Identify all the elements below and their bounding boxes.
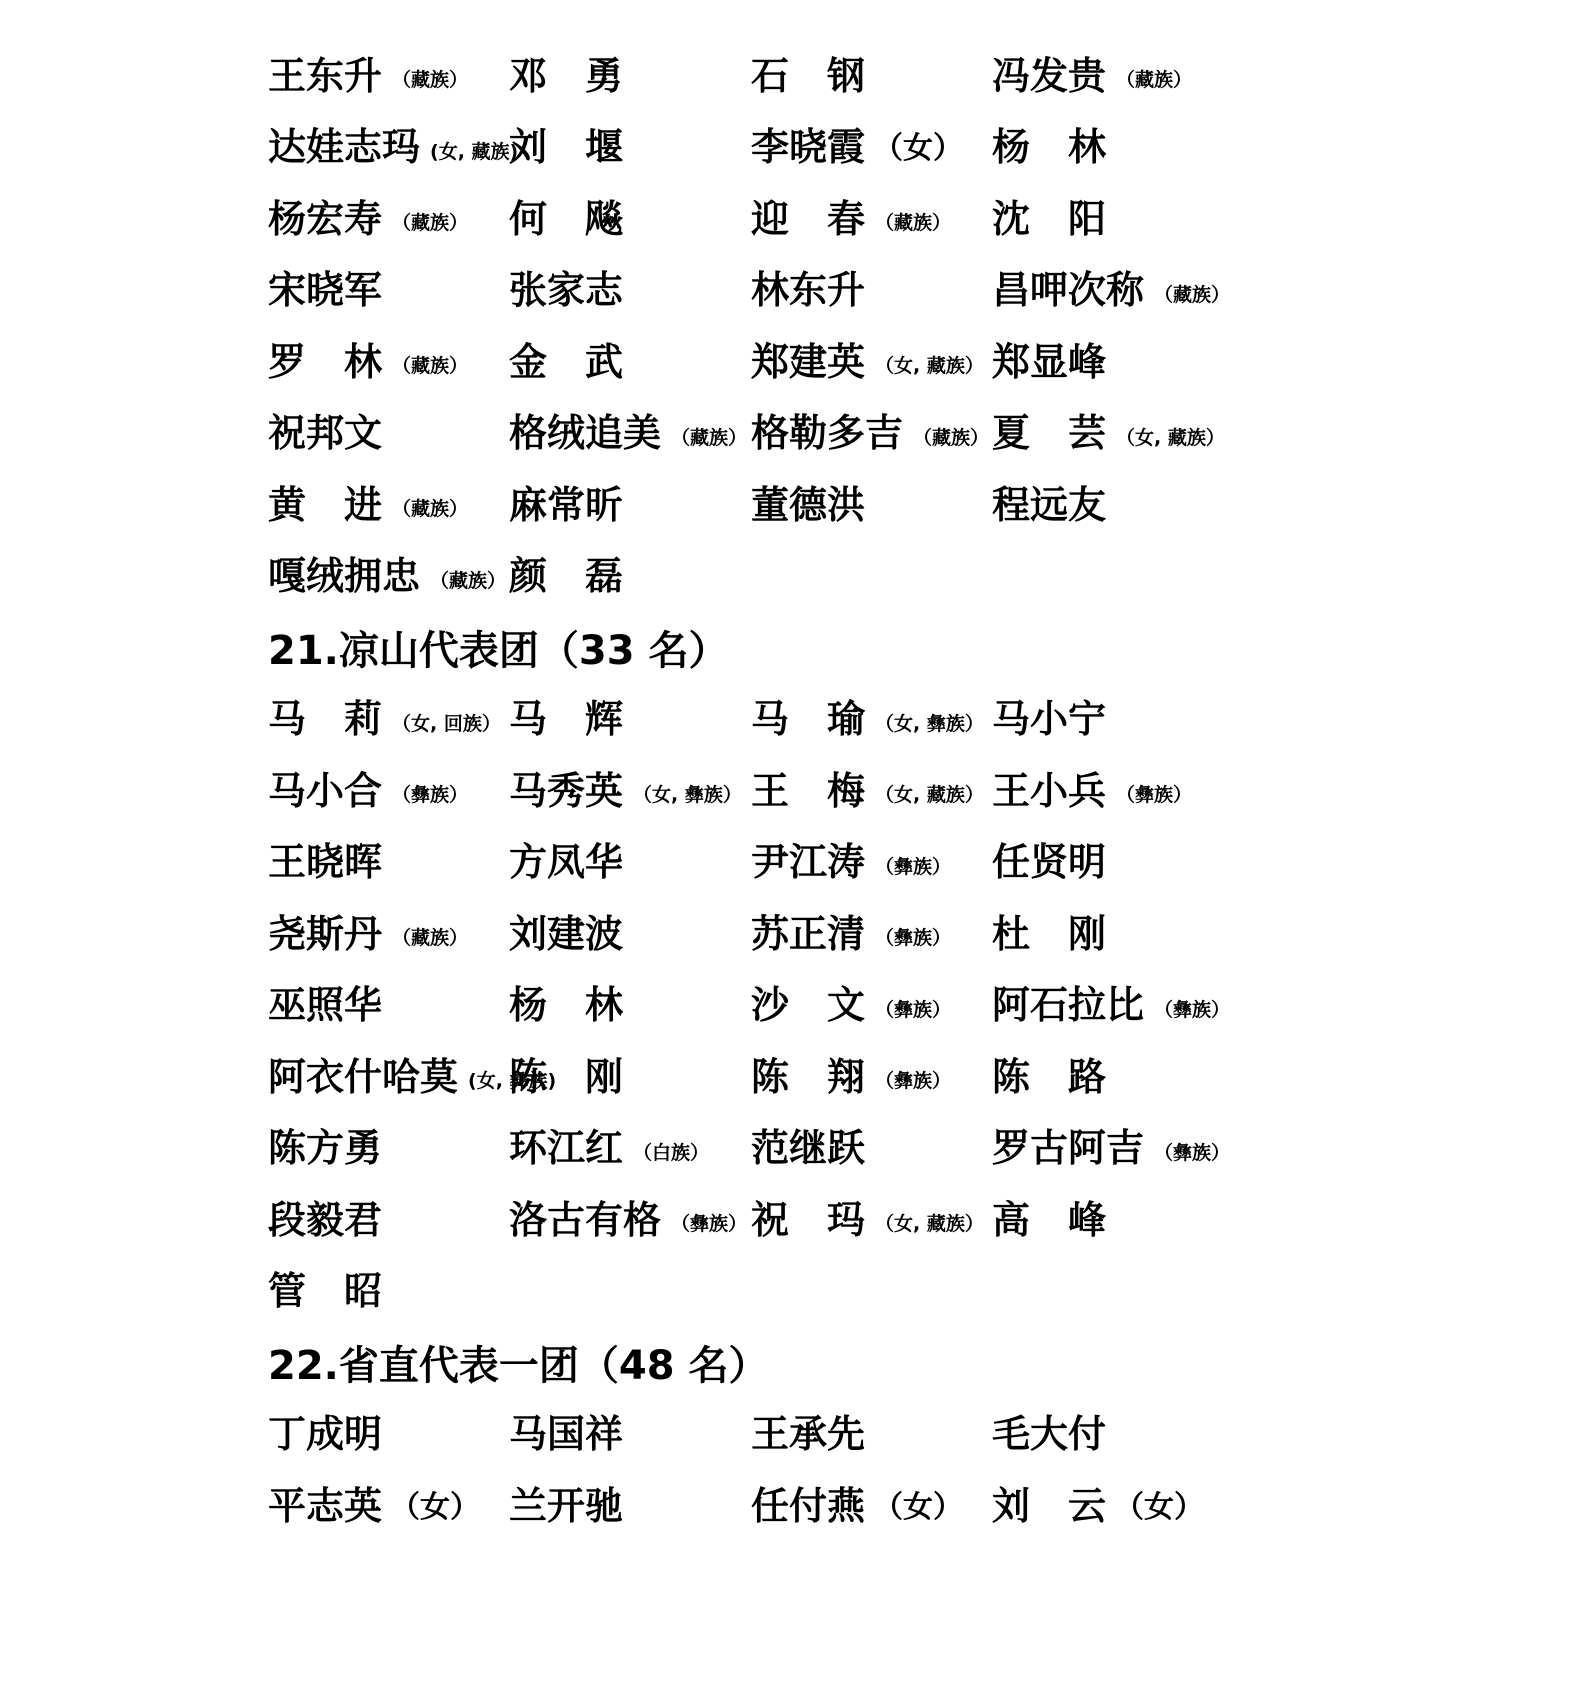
delegate-name: 董德洪	[751, 486, 865, 524]
delegate-annotation: （藏族）	[1154, 286, 1230, 305]
delegate-annotation: （女）	[390, 1493, 480, 1523]
delegate-annotation: （女, 回族）	[392, 715, 501, 734]
delegate-name: 阿石拉比	[992, 986, 1144, 1024]
delegate-entry: 杨 林	[509, 970, 623, 1042]
delegate-name: 马国祥	[509, 1415, 623, 1453]
delegate-name: 陈 翔	[751, 1058, 865, 1096]
delegate-name: 冯发贵	[992, 57, 1106, 95]
delegate-name: 高 峰	[992, 1201, 1106, 1239]
delegate-name: 嘎绒拥忠	[268, 557, 420, 595]
delegate-name: 金 武	[509, 343, 623, 381]
delegate-annotation: （彝族）	[392, 786, 468, 805]
name-row: 达娃志玛(女, 藏族)刘 堰李晓霞（女）杨 林	[268, 112, 1368, 184]
delegate-entry: 郑建英（女, 藏族）	[751, 326, 984, 398]
delegate-name: 任贤明	[992, 843, 1106, 881]
delegate-entry: 高 峰	[992, 1184, 1106, 1256]
delegate-name: 刘建波	[509, 915, 623, 953]
delegate-entry: 马 瑜（女, 彝族）	[751, 684, 984, 756]
delegate-entry: 刘建波	[509, 898, 623, 970]
delegate-entry: 祝邦文	[268, 398, 382, 470]
delegate-name: 巫照华	[268, 986, 382, 1024]
delegate-entry: 昌呷次称（藏族）	[992, 255, 1230, 327]
delegate-name: 陈方勇	[268, 1129, 382, 1167]
delegate-entry: 马 辉	[509, 684, 623, 756]
delegate-annotation: （女, 藏族）	[1116, 429, 1225, 448]
delegate-entry: 何 飚	[509, 183, 623, 255]
delegate-entry: 平志英（女）	[268, 1470, 480, 1542]
delegate-entry: 丁成明	[268, 1399, 382, 1471]
name-row: 黄 进（藏族）麻常昕董德洪程远友	[268, 469, 1368, 541]
delegate-name: 李晓霞	[751, 128, 865, 166]
delegate-entry: 尧斯丹（藏族）	[268, 898, 468, 970]
name-row: 杨宏寿（藏族）何 飚迎 春（藏族）沈 阳	[268, 183, 1368, 255]
delegate-name: 麻常昕	[509, 486, 623, 524]
delegate-annotation: （藏族）	[392, 357, 468, 376]
delegate-name: 祝 玛	[751, 1201, 865, 1239]
delegate-entry: 任贤明	[992, 827, 1106, 899]
delegate-entry: 李晓霞（女）	[751, 112, 963, 184]
delegate-annotation: （藏族）	[671, 429, 747, 448]
delegate-name: 方凤华	[509, 843, 623, 881]
delegate-annotation: （彝族）	[671, 1215, 747, 1234]
delegate-entry: 洛古有格（彝族）	[509, 1184, 747, 1256]
delegate-name: 罗 林	[268, 343, 382, 381]
delegate-name: 张家志	[509, 271, 623, 309]
delegate-name: 格勒多吉	[751, 414, 903, 452]
delegate-entry: 张家志	[509, 255, 623, 327]
delegate-entry: 颜 磊	[509, 541, 623, 613]
delegate-entry: 尹江涛（彝族）	[751, 827, 951, 899]
delegate-entry: 王东升（藏族）	[268, 40, 468, 112]
name-row: 宋晓军张家志林东升昌呷次称（藏族）	[268, 255, 1368, 327]
delegate-name: 王小兵	[992, 772, 1106, 810]
delegate-annotation: （彝族）	[1154, 1001, 1230, 1020]
delegate-entry: 管 昭	[268, 1256, 382, 1328]
delegate-entry: 巫照华	[268, 970, 382, 1042]
delegate-entry: 邓 勇	[509, 40, 623, 112]
name-row: 马 莉（女, 回族）马 辉马 瑜（女, 彝族）马小宁	[268, 684, 1368, 756]
name-row: 管 昭	[268, 1256, 1368, 1328]
name-row: 巫照华杨 林沙 文（彝族）阿石拉比（彝族）	[268, 970, 1368, 1042]
delegate-name: 环江红	[509, 1129, 623, 1167]
delegate-entry: 麻常昕	[509, 469, 623, 541]
delegate-entry: 达娃志玛(女, 藏族)	[268, 112, 518, 184]
delegate-entry: 苏正清（彝族）	[751, 898, 951, 970]
delegate-annotation: （女, 彝族）	[875, 715, 984, 734]
delegate-entry: 兰开驰	[509, 1470, 623, 1542]
delegate-annotation: （藏族）	[430, 572, 506, 591]
delegate-annotation: (女, 藏族)	[430, 143, 518, 162]
delegate-entry: 任付燕（女）	[751, 1470, 963, 1542]
delegate-annotation: （藏族）	[392, 71, 468, 90]
delegate-entry: 沈 阳	[992, 183, 1106, 255]
delegate-name: 平志英	[268, 1487, 382, 1525]
delegate-name: 阿衣什哈莫	[268, 1058, 458, 1096]
delegate-entry: 罗 林（藏族）	[268, 326, 468, 398]
delegate-name: 王承先	[751, 1415, 865, 1453]
delegate-annotation: （女）	[873, 1493, 963, 1523]
name-row: 马小合（彝族）马秀英（女, 彝族）王 梅（女, 藏族）王小兵（彝族）	[268, 755, 1368, 827]
delegate-entry: 马小合（彝族）	[268, 755, 468, 827]
delegate-entry: 夏 芸（女, 藏族）	[992, 398, 1225, 470]
name-row: 尧斯丹（藏族）刘建波苏正清（彝族）杜 刚	[268, 898, 1368, 970]
delegate-name: 格绒追美	[509, 414, 661, 452]
delegate-annotation: （彝族）	[1154, 1144, 1230, 1163]
delegate-annotation: （藏族）	[392, 929, 468, 948]
name-row: 丁成明马国祥王承先毛大付	[268, 1399, 1368, 1471]
delegate-name: 任付燕	[751, 1487, 865, 1525]
delegate-name: 祝邦文	[268, 414, 382, 452]
name-row: 嘎绒拥忠（藏族）颜 磊	[268, 541, 1368, 613]
delegate-name: 昌呷次称	[992, 271, 1144, 309]
delegate-name: 杨 林	[992, 128, 1106, 166]
delegate-entry: 阿石拉比（彝族）	[992, 970, 1230, 1042]
delegate-entry: 宋晓军	[268, 255, 382, 327]
name-row: 平志英（女）兰开驰任付燕（女）刘 云（女）	[268, 1470, 1368, 1542]
delegate-entry: 格勒多吉（藏族）	[751, 398, 989, 470]
delegate-entry: 杨宏寿（藏族）	[268, 183, 468, 255]
delegate-entry: 祝 玛（女, 藏族）	[751, 1184, 984, 1256]
delegate-entry: 格绒追美（藏族）	[509, 398, 747, 470]
delegate-annotation: （彝族）	[875, 929, 951, 948]
name-row: 祝邦文格绒追美（藏族）格勒多吉（藏族）夏 芸（女, 藏族）	[268, 398, 1368, 470]
delegate-entry: 金 武	[509, 326, 623, 398]
delegate-name: 郑建英	[751, 343, 865, 381]
delegate-name: 王晓晖	[268, 843, 382, 881]
delegate-list-document: 王东升（藏族）邓 勇石 钢冯发贵（藏族）达娃志玛(女, 藏族)刘 堰李晓霞（女）…	[268, 40, 1368, 1542]
delegate-name: 郑显峰	[992, 343, 1106, 381]
delegate-entry: 陈 翔（彝族）	[751, 1041, 951, 1113]
delegate-name: 杜 刚	[992, 915, 1106, 953]
delegate-annotation: （藏族）	[875, 214, 951, 233]
delegate-annotation: （藏族）	[392, 214, 468, 233]
name-row: 阿衣什哈莫(女, 彝族)陈 刚陈 翔（彝族）陈 路	[268, 1041, 1368, 1113]
delegate-name: 迎 春	[751, 200, 865, 238]
delegate-name: 黄 进	[268, 486, 382, 524]
delegate-entry: 沙 文（彝族）	[751, 970, 951, 1042]
delegate-name: 何 飚	[509, 200, 623, 238]
delegate-name: 马小宁	[992, 700, 1106, 738]
delegate-annotation: （彝族）	[875, 1001, 951, 1020]
delegate-name: 段毅君	[268, 1201, 382, 1239]
delegate-entry: 王 梅（女, 藏族）	[751, 755, 984, 827]
delegate-name: 王 梅	[751, 772, 865, 810]
delegate-entry: 嘎绒拥忠（藏族）	[268, 541, 506, 613]
delegate-entry: 陈 路	[992, 1041, 1106, 1113]
delegate-annotation: （藏族）	[1116, 71, 1192, 90]
delegate-entry: 黄 进（藏族）	[268, 469, 468, 541]
delegate-name: 罗古阿吉	[992, 1129, 1144, 1167]
name-row: 段毅君洛古有格（彝族）祝 玛（女, 藏族）高 峰	[268, 1184, 1368, 1256]
delegate-entry: 董德洪	[751, 469, 865, 541]
delegate-name: 毛大付	[992, 1415, 1106, 1453]
delegate-name: 达娃志玛	[268, 128, 420, 166]
delegate-name: 石 钢	[751, 57, 865, 95]
delegate-entry: 石 钢	[751, 40, 865, 112]
name-row: 罗 林（藏族）金 武郑建英（女, 藏族）郑显峰	[268, 326, 1368, 398]
name-row: 陈方勇环江红（白族）范继跃罗古阿吉（彝族）	[268, 1113, 1368, 1185]
delegate-entry: 马 莉（女, 回族）	[268, 684, 501, 756]
delegate-entry: 罗古阿吉（彝族）	[992, 1113, 1230, 1185]
delegate-entry: 杜 刚	[992, 898, 1106, 970]
name-row: 王东升（藏族）邓 勇石 钢冯发贵（藏族）	[268, 40, 1368, 112]
delegate-entry: 刘 堰	[509, 112, 623, 184]
delegate-entry: 王小兵（彝族）	[992, 755, 1192, 827]
delegate-name: 刘 堰	[509, 128, 623, 166]
delegate-name: 陈 路	[992, 1058, 1106, 1096]
delegate-entry: 王晓晖	[268, 827, 382, 899]
delegate-annotation: （藏族）	[392, 500, 468, 519]
delegate-name: 颜 磊	[509, 557, 623, 595]
delegate-entry: 林东升	[751, 255, 865, 327]
delegate-entry: 陈 刚	[509, 1041, 623, 1113]
delegate-entry: 毛大付	[992, 1399, 1106, 1471]
delegate-name: 杨宏寿	[268, 200, 382, 238]
delegate-name: 沙 文	[751, 986, 865, 1024]
delegate-name: 邓 勇	[509, 57, 623, 95]
delegate-entry: 方凤华	[509, 827, 623, 899]
delegate-name: 丁成明	[268, 1415, 382, 1453]
delegate-name: 尧斯丹	[268, 915, 382, 953]
delegate-entry: 范继跃	[751, 1113, 865, 1185]
delegate-entry: 环江红（白族）	[509, 1113, 709, 1185]
delegate-name: 马 辉	[509, 700, 623, 738]
delegate-entry: 王承先	[751, 1399, 865, 1471]
delegate-name: 夏 芸	[992, 414, 1106, 452]
delegate-name: 洛古有格	[509, 1201, 661, 1239]
delegate-annotation: （彝族）	[875, 858, 951, 877]
delegate-entry: 刘 云（女）	[992, 1470, 1204, 1542]
delegate-annotation: （女, 藏族）	[875, 1215, 984, 1234]
delegate-entry: 冯发贵（藏族）	[992, 40, 1192, 112]
delegate-annotation: （女, 彝族）	[633, 786, 742, 805]
delegate-name: 刘 云	[992, 1487, 1106, 1525]
delegate-entry: 迎 春（藏族）	[751, 183, 951, 255]
delegate-entry: 马秀英（女, 彝族）	[509, 755, 742, 827]
delegate-entry: 郑显峰	[992, 326, 1106, 398]
delegate-annotation: （藏族）	[913, 429, 989, 448]
delegate-name: 马小合	[268, 772, 382, 810]
delegate-name: 王东升	[268, 57, 382, 95]
delegate-annotation: （女, 藏族）	[875, 357, 984, 376]
delegate-entry: 马小宁	[992, 684, 1106, 756]
delegate-name: 范继跃	[751, 1129, 865, 1167]
delegate-name: 马 瑜	[751, 700, 865, 738]
delegate-entry: 杨 林	[992, 112, 1106, 184]
delegate-entry: 段毅君	[268, 1184, 382, 1256]
delegate-annotation: （彝族）	[875, 1072, 951, 1091]
delegate-annotation: （彝族）	[1116, 786, 1192, 805]
delegate-annotation: （女）	[1114, 1493, 1204, 1523]
delegate-annotation: （女）	[873, 134, 963, 164]
delegate-name: 管 昭	[268, 1272, 382, 1310]
section-heading: 21.凉山代表团（33 名）	[268, 612, 1368, 684]
delegate-entry: 马国祥	[509, 1399, 623, 1471]
delegate-name: 宋晓军	[268, 271, 382, 309]
delegate-name: 马 莉	[268, 700, 382, 738]
delegate-annotation: （白族）	[633, 1144, 709, 1163]
delegate-name: 沈 阳	[992, 200, 1106, 238]
delegate-name: 林东升	[751, 271, 865, 309]
delegate-name: 马秀英	[509, 772, 623, 810]
delegate-name: 陈 刚	[509, 1058, 623, 1096]
delegate-entry: 陈方勇	[268, 1113, 382, 1185]
delegate-name: 尹江涛	[751, 843, 865, 881]
name-row: 王晓晖方凤华尹江涛（彝族）任贤明	[268, 827, 1368, 899]
delegate-entry: 程远友	[992, 469, 1106, 541]
delegate-name: 兰开驰	[509, 1487, 623, 1525]
delegate-name: 程远友	[992, 486, 1106, 524]
delegate-name: 苏正清	[751, 915, 865, 953]
delegate-name: 杨 林	[509, 986, 623, 1024]
delegate-annotation: （女, 藏族）	[875, 786, 984, 805]
section-heading: 22.省直代表一团（48 名）	[268, 1327, 1368, 1399]
